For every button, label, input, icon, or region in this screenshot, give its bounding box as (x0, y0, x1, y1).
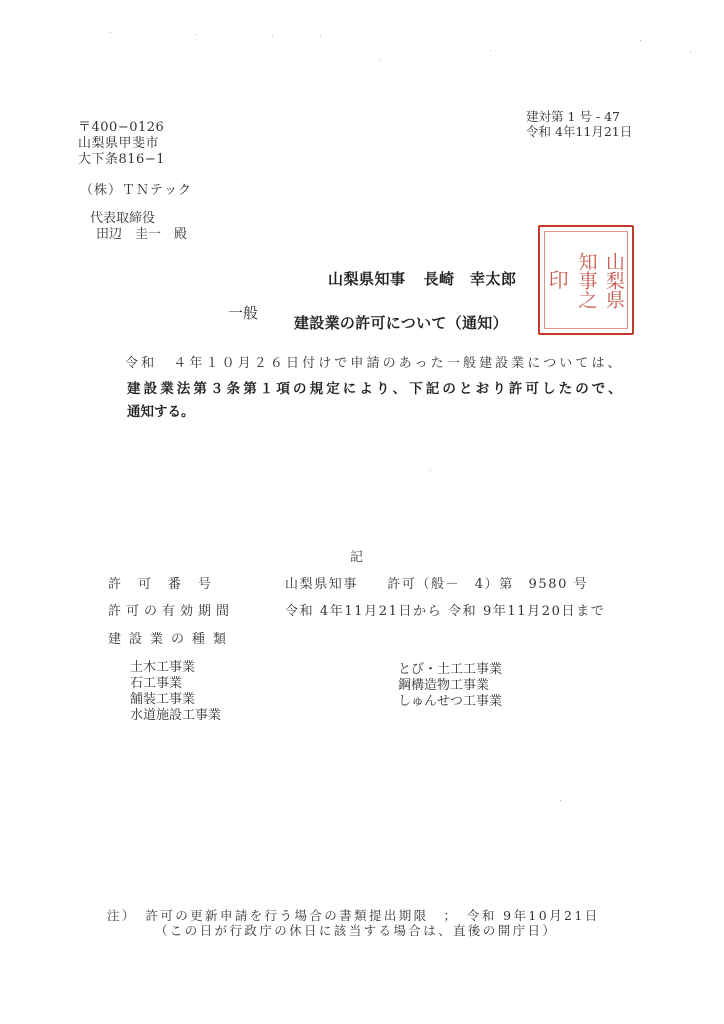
business-type-item: 土木工事業 (130, 660, 221, 676)
seal-char: 知事之 (576, 252, 595, 309)
address-line-2: 大下条816−1 (78, 152, 165, 168)
scan-speck (640, 40, 641, 41)
issuer: 山梨県知事長崎 幸太郎 (328, 268, 517, 289)
business-type-item: とび・土工工事業 (398, 662, 502, 678)
issuer-name: 長崎 幸太郎 (424, 270, 517, 288)
business-type-item: 鋼構造物工事業 (398, 678, 502, 694)
business-type-item: 舗装工事業 (130, 692, 221, 708)
recipient-address: 〒400−0126 山梨県甲斐市 大下条816−1 (78, 120, 165, 168)
scan-speck (380, 60, 381, 61)
business-type-item: 石工事業 (130, 676, 221, 692)
scan-speck (490, 50, 491, 51)
body-line-2: 建設業法第３条第１項の規定により、下記のとおり許可したので、 (127, 377, 625, 397)
seal-inner-frame: 印 知事之 山梨県 (544, 231, 628, 329)
scan-speck (320, 36, 321, 37)
recipient-company: （株）ＴＮテック (80, 179, 192, 198)
scan-speck (110, 32, 111, 33)
seal-column-middle: 知事之 (572, 232, 599, 328)
document-reference: 建対第 1 号 - 47 令和 4年11月21日 (526, 109, 632, 139)
scan-speck (272, 35, 273, 36)
body-line-1: 令和 ４年１０月２６日付けで申請のあった一般建設業については、 (125, 352, 624, 371)
subject-title: 建設業の許可について（通知） (294, 312, 508, 333)
subject-category: 一般 (228, 302, 258, 323)
scan-speck (690, 52, 691, 53)
business-type-item: しゅんせつ工事業 (398, 694, 502, 710)
seal-char: 印 (549, 270, 569, 290)
business-type-label: 建設業の種類 (108, 628, 234, 647)
seal-column-left: 印 (545, 232, 572, 328)
ki-heading: 記 (350, 546, 363, 565)
body-line-3: 通知する。 (127, 400, 195, 420)
business-types-right: とび・土工工事業 鋼構造物工事業 しゅんせつ工事業 (398, 662, 502, 710)
recipient-name: 田辺 圭一 殿 (96, 223, 187, 242)
issuer-office: 山梨県知事 (328, 270, 406, 288)
permit-number-value: 山梨県知事 許可（般－ 4）第 9580 号 (285, 573, 588, 592)
business-type-item: 水道施設工事業 (130, 708, 221, 724)
seal-column-right: 山梨県 (600, 232, 627, 328)
scan-speck (196, 34, 197, 35)
official-seal: 印 知事之 山梨県 (538, 225, 634, 335)
business-types-left: 土木工事業 石工事業 舗装工事業 水道施設工事業 (130, 660, 221, 724)
validity-label: 許可の有効期間 (108, 600, 234, 619)
address-line-1: 山梨県甲斐市 (78, 136, 165, 152)
renewal-note-detail: （この日が行政庁の休日に該当する場合は、直後の開庁日） (155, 921, 557, 939)
permit-number-label: 許可番号 (108, 573, 228, 592)
document-number: 建対第 1 号 - 47 (526, 109, 632, 124)
document-date: 令和 4年11月21日 (526, 124, 632, 139)
scan-speck (430, 470, 431, 471)
validity-value: 令和 4年11月21日から 令和 9年11月20日まで (285, 600, 605, 619)
postal-code: 〒400−0126 (78, 120, 165, 136)
scan-speck (560, 800, 561, 801)
seal-char: 山梨県 (604, 252, 623, 309)
